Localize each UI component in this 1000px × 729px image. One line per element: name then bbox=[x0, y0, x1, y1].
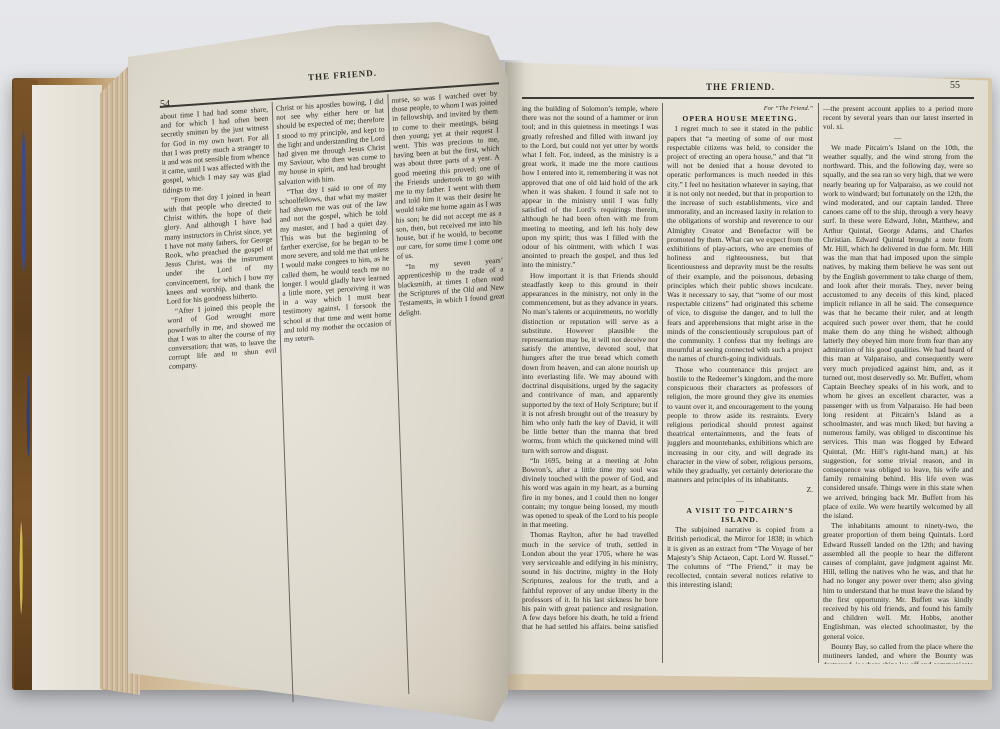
right-page-number: 55 bbox=[950, 80, 960, 91]
paragraph: Thomas Raylton, after he had travelled m… bbox=[522, 530, 658, 629]
article-heading-opera: OPERA HOUSE MEETING. bbox=[667, 114, 813, 123]
right-column-1: ing the building of Solomon’s temple, wh… bbox=[522, 104, 658, 629]
left-column-2: Christ or his apostles bowing, I did not… bbox=[276, 96, 404, 684]
paragraph: nurse, so was I watched over by those pe… bbox=[391, 88, 503, 261]
paragraph: The subjoined narrative is copied from a… bbox=[667, 525, 813, 589]
right-running-head: THE FRIEND. bbox=[706, 82, 775, 92]
paragraph: “In my seven years’ apprenticeship to th… bbox=[397, 255, 505, 318]
left-column-3: nurse, so was I watched over by those pe… bbox=[391, 88, 517, 675]
left-column-1: about time I had had some share, and for… bbox=[160, 104, 288, 692]
section-divider: — bbox=[823, 133, 973, 142]
paragraph: “From that day I joined in heart with th… bbox=[163, 188, 275, 306]
section-divider: — bbox=[667, 496, 813, 505]
right-column-divider-2 bbox=[818, 103, 819, 663]
paragraph: Christ or his apostles bowing, I did not… bbox=[276, 96, 387, 186]
paragraph: “In 1695, being at a meeting at John Bow… bbox=[522, 456, 658, 530]
paragraph: about time I had had some share, and for… bbox=[160, 104, 271, 194]
paragraph: We made Pitcairn’s Island on the 10th, t… bbox=[823, 143, 973, 520]
paragraph: I regret much to see it stated in the pu… bbox=[667, 124, 813, 363]
signature: Z. bbox=[667, 485, 813, 494]
endpaper bbox=[32, 85, 102, 690]
paragraph: ing the building of Solomon’s temple, wh… bbox=[522, 104, 658, 270]
attribution: For “The Friend.” bbox=[667, 104, 813, 113]
paragraph: “That day I said to one of my schoolfell… bbox=[279, 180, 392, 344]
right-column-divider-1 bbox=[662, 103, 663, 663]
right-header-rule bbox=[522, 97, 974, 99]
paragraph: The inhabitants amount to ninety-two, th… bbox=[823, 521, 973, 641]
article-heading-pitcairn: A VISIT TO PITCAIRN’S ISLAND. bbox=[667, 506, 813, 524]
right-column-3: —the present account applies to a period… bbox=[823, 104, 973, 664]
right-column-2: For “The Friend.” OPERA HOUSE MEETING. I… bbox=[667, 104, 813, 664]
paragraph: —the present account applies to a period… bbox=[823, 104, 973, 132]
paragraph: Those who countenance this project are h… bbox=[667, 365, 813, 485]
paragraph: Bounty Bay, so called from the place whe… bbox=[823, 642, 973, 664]
photo-scene: THE FRIEND. 55 ing the building of Solom… bbox=[0, 0, 1000, 729]
paragraph: “After I joined this people the word of … bbox=[167, 300, 277, 372]
paragraph: How important it is that Friends should … bbox=[522, 271, 658, 455]
left-page-text: about time I had had some share, and for… bbox=[160, 88, 520, 712]
